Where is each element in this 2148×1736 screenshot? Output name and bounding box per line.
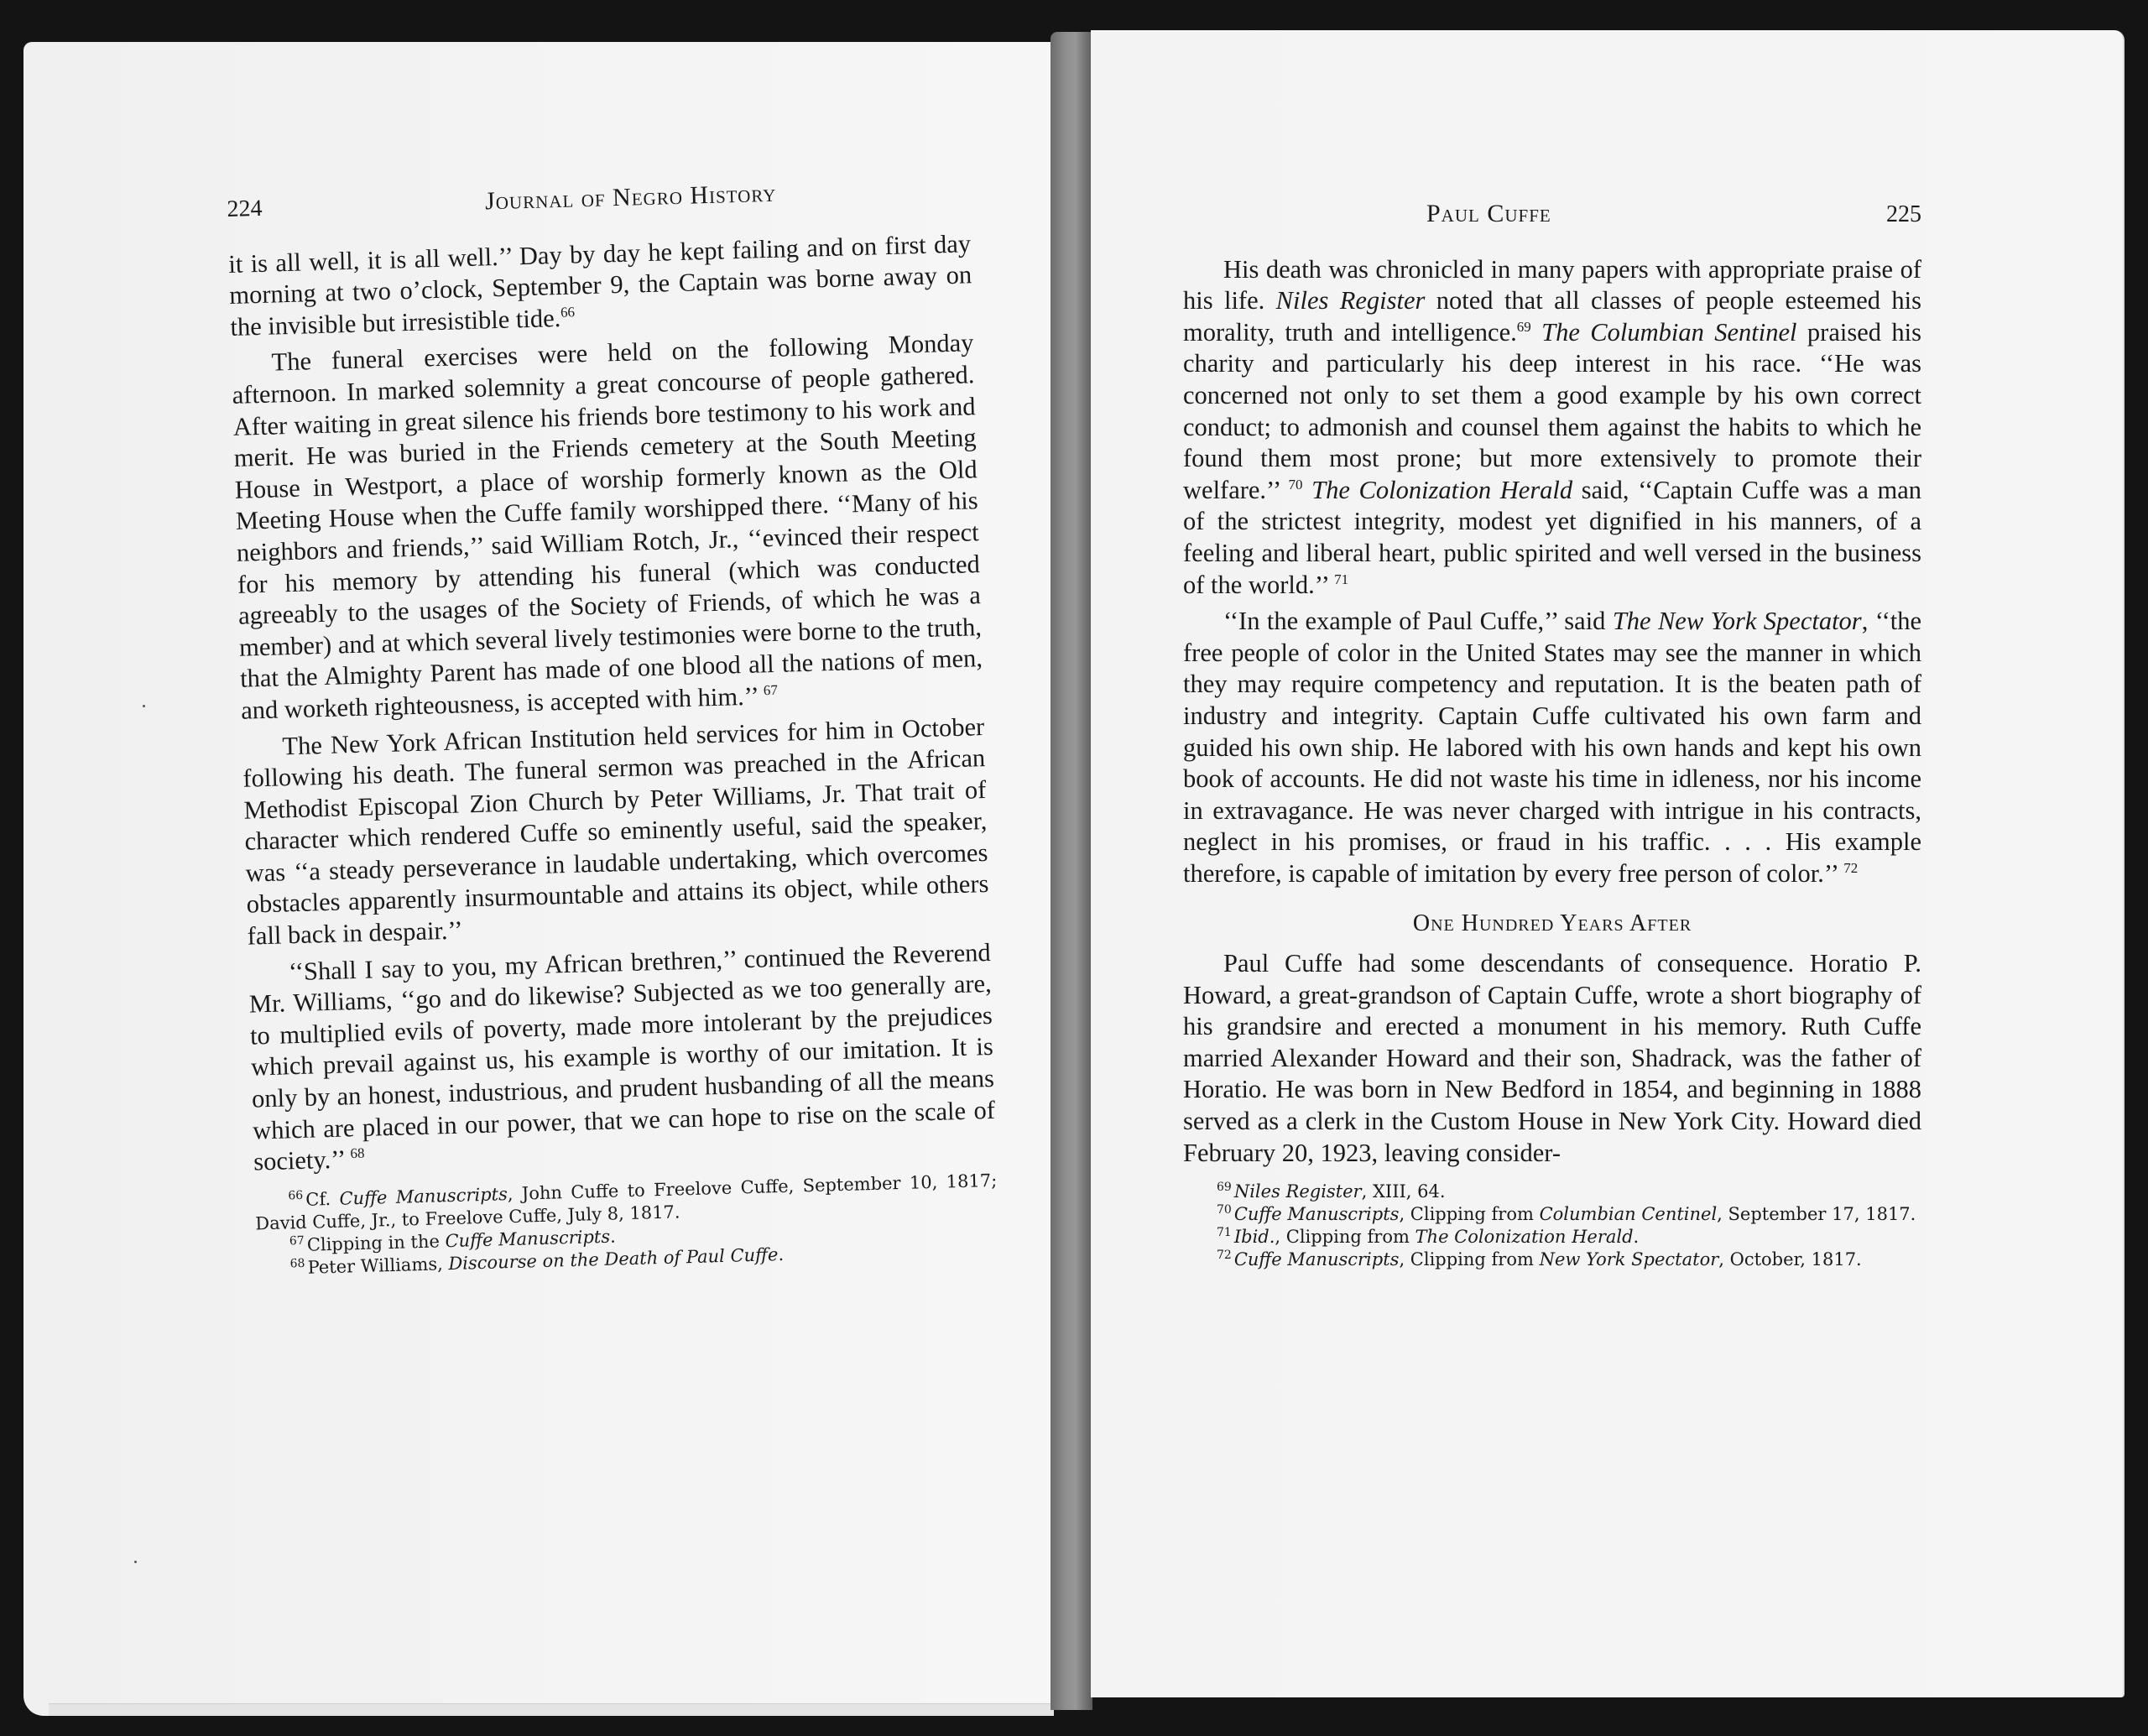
running-head: 224 Journal of Negro History: [227, 172, 970, 225]
paragraph: ‘‘In the example of Paul Cuffe,’’ said T…: [1183, 606, 1921, 889]
footnotes: 69Niles Register, XIII, 64.70Cuffe Manus…: [1183, 1181, 1921, 1271]
running-title: Paul Cuffe: [1426, 198, 1551, 230]
footnote-ref: 70: [1288, 477, 1302, 493]
right-page: Paul Cuffe 225 His death was chronicled …: [1091, 30, 2125, 1697]
footnote: 70Cuffe Manuscripts, Clipping from Colum…: [1183, 1203, 1921, 1226]
paragraph: ‘‘Shall I say to you, my African brethre…: [248, 937, 996, 1179]
footnote-number: 67: [289, 1234, 305, 1248]
footnote-ref: 71: [1334, 571, 1348, 586]
footnote: 69Niles Register, XIII, 64.: [1183, 1181, 1921, 1203]
running-head: Paul Cuffe 225: [1183, 198, 1921, 231]
footnote-number: 71: [1217, 1226, 1232, 1239]
italic-title: The Colonization Herald: [1311, 476, 1572, 504]
scan-speck: [143, 705, 145, 707]
body-text: His death was chronicled in many papers …: [1183, 254, 1921, 890]
page-number: 224: [227, 193, 263, 226]
footnote: 71Ibid., Clipping from The Colonization …: [1183, 1226, 1921, 1249]
italic-title: Ibid.: [1234, 1227, 1275, 1247]
section-heading: One Hundred Years After: [1183, 908, 1921, 940]
footnote-ref: 72: [1843, 860, 1858, 876]
paragraph: The New York African Institution held se…: [242, 712, 990, 953]
footnote-number: 69: [1217, 1181, 1232, 1194]
body-text: it is all well, it is all well.’’ Day by…: [228, 228, 997, 1178]
footnote-number: 68: [289, 1257, 305, 1270]
footnote: 72Cuffe Manuscripts, Clipping from New Y…: [1183, 1249, 1921, 1271]
left-page: 224 Journal of Negro History it is all w…: [23, 42, 1054, 1716]
italic-title: New York Spectator: [1540, 1249, 1719, 1269]
right-page-text: Paul Cuffe 225 His death was chronicled …: [1183, 198, 1921, 1271]
italic-title: Cuffe Manuscripts: [1234, 1249, 1400, 1269]
running-title: Journal of Negro History: [485, 178, 777, 217]
footnote-ref: 67: [764, 682, 779, 698]
book-binding-gutter: [1051, 32, 1092, 1710]
footnote-ref: 69: [1517, 319, 1531, 335]
footnote-number: 66: [288, 1189, 303, 1202]
scan-speck: [134, 1561, 137, 1563]
footnotes: 66Cf. Cuffe Manuscripts, John Cuffe to F…: [254, 1170, 999, 1281]
page-number: 225: [1886, 199, 1921, 231]
paragraph: His death was chronicled in many papers …: [1183, 254, 1921, 602]
footnote-ref: 68: [350, 1145, 365, 1161]
italic-title: Cuffe Manuscripts: [1234, 1204, 1400, 1224]
paragraph: it is all well, it is all well.’’ Day by…: [228, 228, 973, 343]
italic-title: Columbian Centinel: [1540, 1204, 1718, 1224]
section-body-text: Paul Cuffe had some descendants of conse…: [1183, 948, 1921, 1169]
paragraph: The funeral exercises were held on the f…: [231, 328, 983, 727]
left-page-text: 224 Journal of Negro History it is all w…: [227, 172, 999, 1280]
footnote-number: 70: [1217, 1203, 1232, 1217]
italic-title: The Columbian Sentinel: [1541, 318, 1796, 347]
italic-title: Cuffe Manuscripts: [339, 1184, 508, 1209]
italic-title: The Colonization Herald: [1415, 1227, 1634, 1247]
footnote-number: 72: [1217, 1249, 1232, 1262]
italic-title: Niles Register: [1234, 1181, 1362, 1202]
italic-title: Niles Register: [1276, 286, 1426, 315]
paragraph: Paul Cuffe had some descendants of conse…: [1183, 948, 1921, 1169]
italic-title: Cuffe Manuscripts: [445, 1227, 610, 1251]
footnote-ref: 66: [560, 304, 576, 320]
italic-title: The New York Spectator: [1613, 607, 1862, 635]
